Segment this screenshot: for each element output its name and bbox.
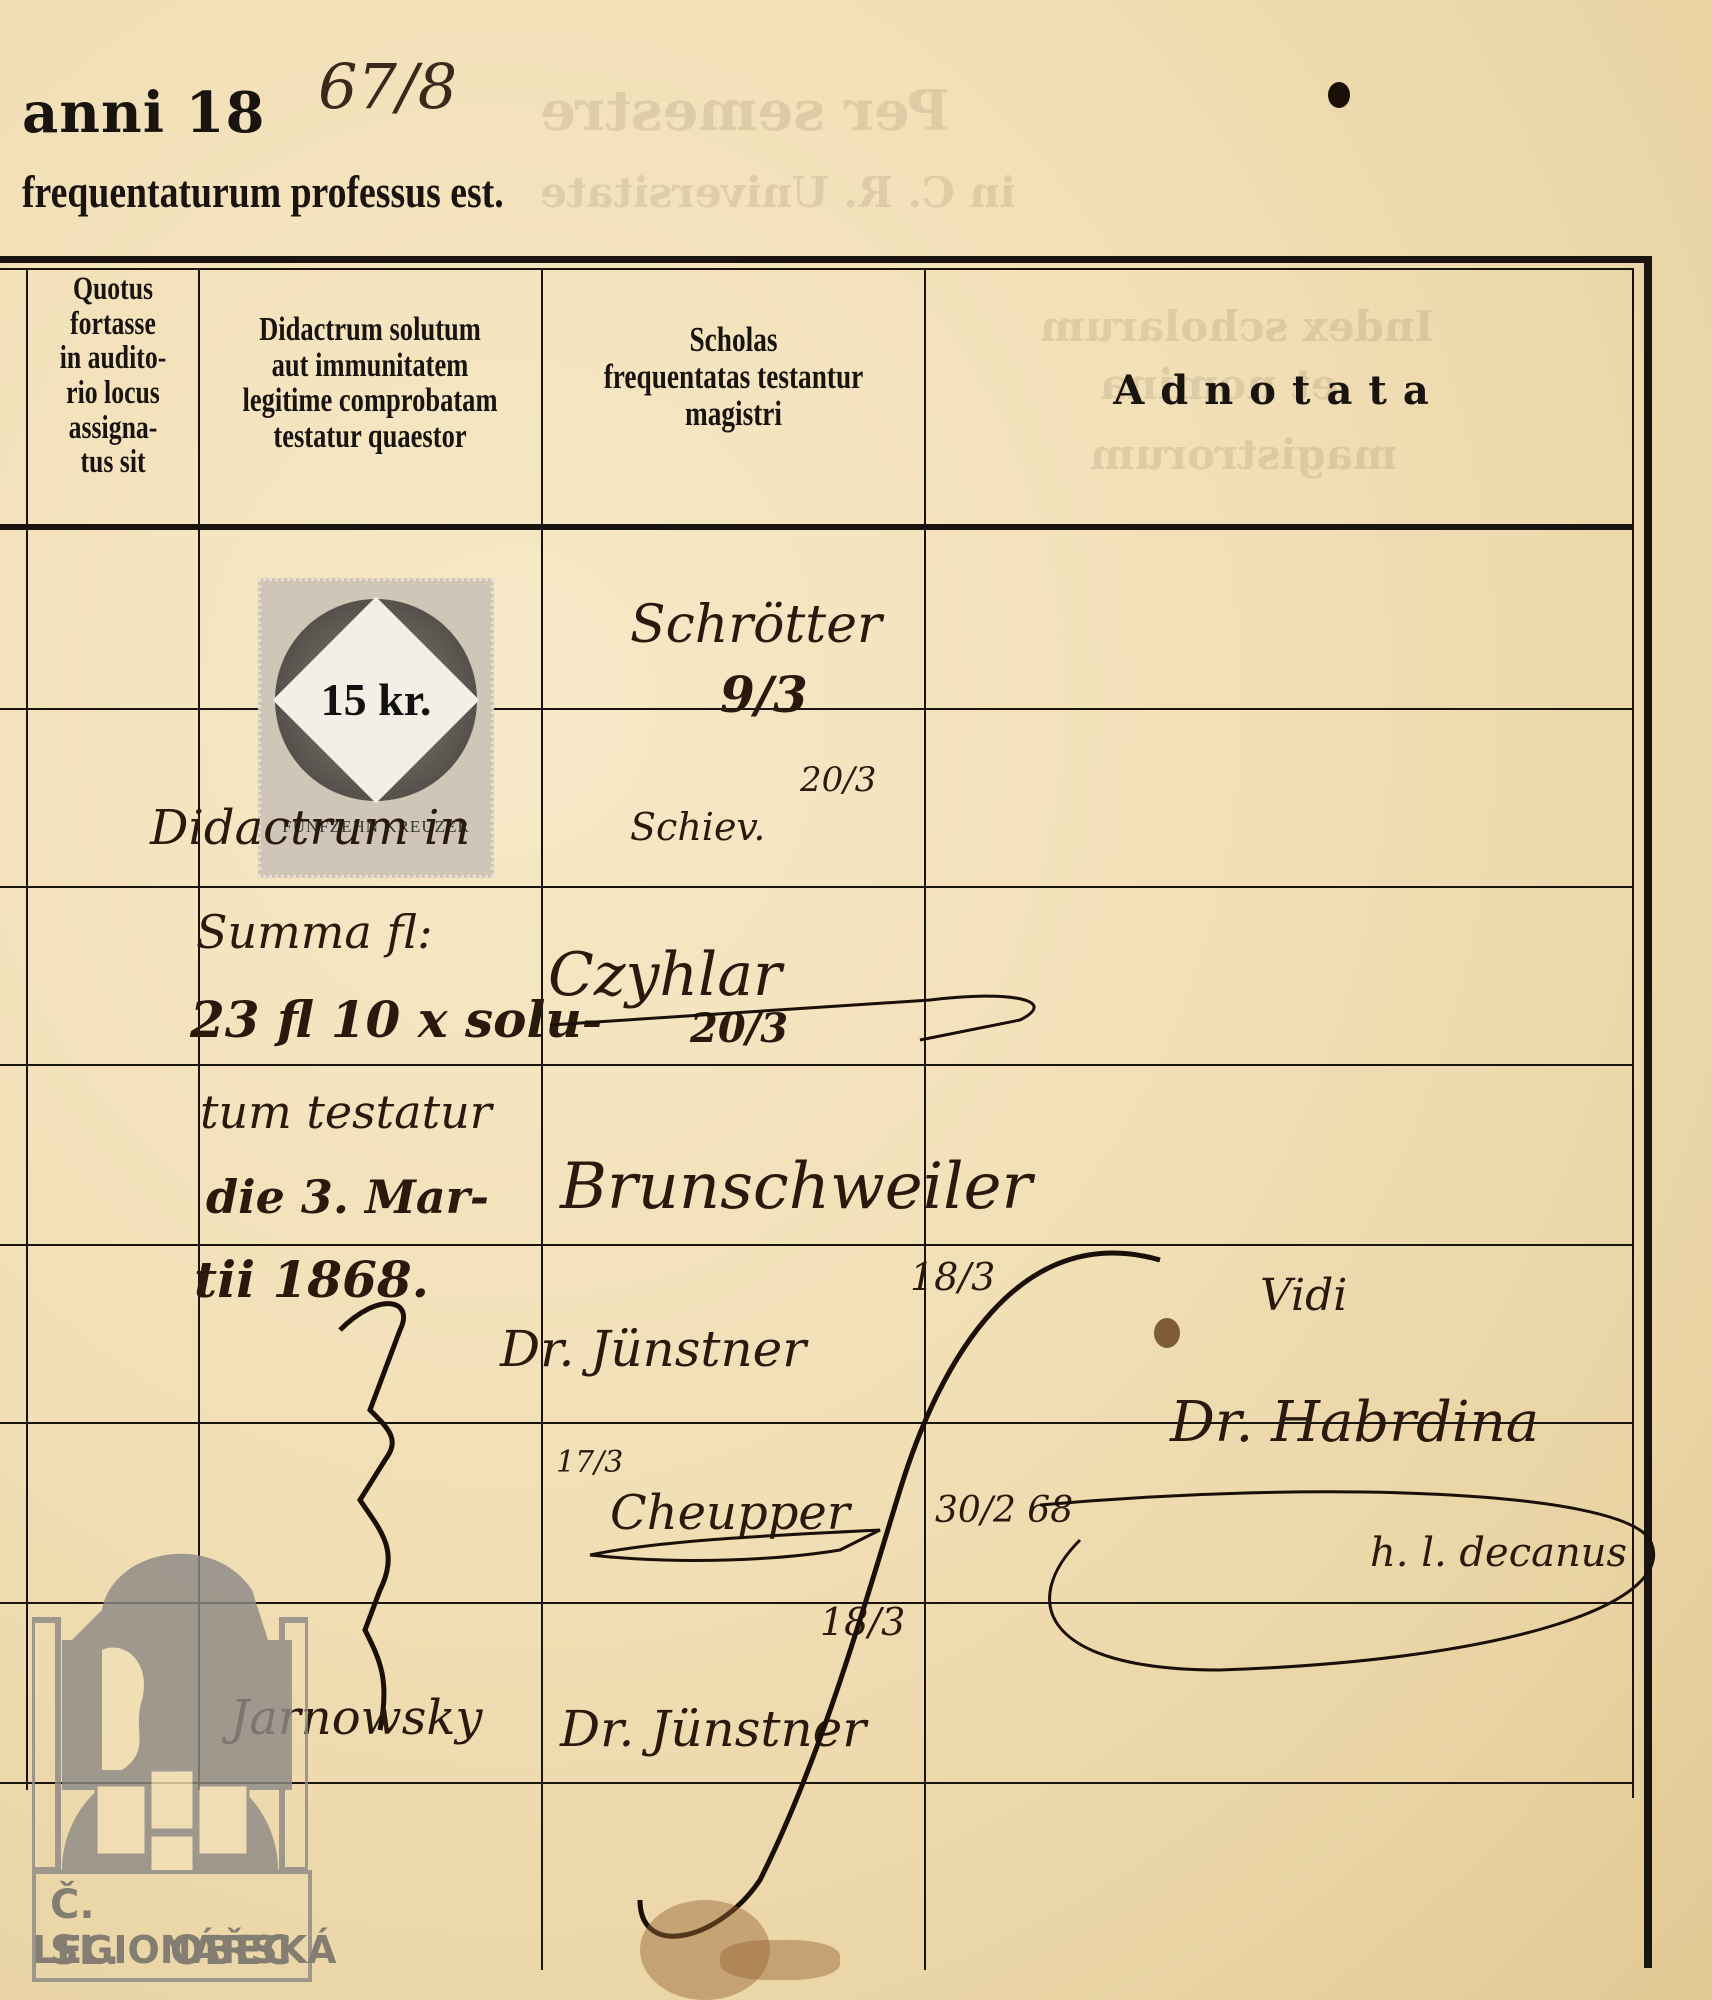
professor-date-2: 20/3: [800, 760, 876, 800]
didactrum-note-line-4: tum testatur: [200, 1085, 492, 1139]
dean-vidi: Vidi: [1260, 1270, 1347, 1321]
dean-signature: Dr. Habrdina: [1170, 1390, 1539, 1455]
column-header-didactrum: Didactrum solutum aut immunitatem legiti…: [236, 312, 504, 455]
header-line: Quotus: [47, 272, 180, 307]
bleedthrough-header-3: magistrorum: [1090, 430, 1397, 479]
table-top-thin-rule: [0, 268, 1634, 270]
legionnaire-society-logo: Č. SL.OBEC LEGIONÁŘSKÁ: [32, 1530, 308, 1980]
header-line: rio locus: [47, 376, 180, 411]
row-rule-1: [0, 708, 1632, 710]
didactrum-note-line-2: Summa fl:: [196, 905, 433, 959]
professor-signature-1: Schrötter: [630, 595, 882, 655]
ink-spot-top: [1328, 82, 1350, 108]
row-rule-2: [0, 886, 1632, 888]
signature-underline-3: [540, 980, 1060, 1050]
header-line: Didactrum solutum: [236, 312, 504, 348]
professor-signature-2: Schiev.: [630, 805, 765, 849]
column-header-quotus: Quotus fortasse in audito- rio locus ass…: [47, 272, 180, 480]
row-rule-3: [0, 1064, 1632, 1066]
ink-spot-adnotata: [1154, 1318, 1180, 1348]
column-header-adnotata: Adnotata: [926, 370, 1632, 412]
page-subtitle: frequentaturum professus est.: [22, 165, 504, 218]
header-line: Scholas: [585, 322, 882, 359]
didactrum-note-line-1: Didactrum in: [150, 800, 470, 856]
stamp-value: 15 kr.: [261, 673, 491, 726]
dean-flourish: [620, 1240, 1680, 1960]
header-bottom-rule: [0, 524, 1634, 530]
header-line: aut immunitatem: [236, 348, 504, 384]
header-line: legitime comprobatam: [236, 383, 504, 419]
col-divider-3: [541, 270, 543, 1970]
header-line: fortasse: [47, 307, 180, 342]
shield-icon: [96, 1785, 146, 1855]
lion-shield-icon: [150, 1835, 194, 1870]
professor-date-6: 17/3: [556, 1445, 623, 1480]
header-line: assigna-: [47, 411, 180, 446]
professor-date-1: 9/3: [720, 665, 808, 724]
professor-signature-4: Brunschweiler: [560, 1150, 1032, 1224]
header-line: tus sit: [47, 445, 180, 480]
soldier-helmet-icon: [32, 1530, 308, 1870]
header-line: Adnotata: [926, 370, 1632, 412]
header-line: in audito-: [47, 341, 180, 376]
logo-text-line2: LEGIONÁŘSKÁ: [32, 1928, 308, 1972]
shield-icon: [150, 1770, 194, 1830]
bleedthrough-header-1: Index scholarum: [1040, 302, 1434, 351]
col-divider-1: [26, 270, 28, 1790]
bleedthrough-title: Per semestre: [540, 78, 950, 144]
column-header-scholas: Scholas frequentatas testantur magistri: [585, 322, 882, 432]
header-line: testatur quaestor: [236, 419, 504, 455]
table-top-rule: [0, 256, 1652, 263]
water-stain-trail: [720, 1940, 840, 1980]
printed-year-prefix: anni 18: [22, 80, 265, 146]
shield-icon: [198, 1785, 248, 1855]
header-line: frequentatas testantur: [585, 359, 882, 396]
header-line: magistri: [585, 396, 882, 433]
bleedthrough-subtitle: in C. R. Universitate: [540, 168, 1016, 217]
didactrum-note-line-5: die 3. Mar-: [206, 1170, 489, 1224]
dean-title: h. l. decanus: [1370, 1530, 1627, 1576]
handwritten-year: 67/8: [318, 50, 457, 123]
